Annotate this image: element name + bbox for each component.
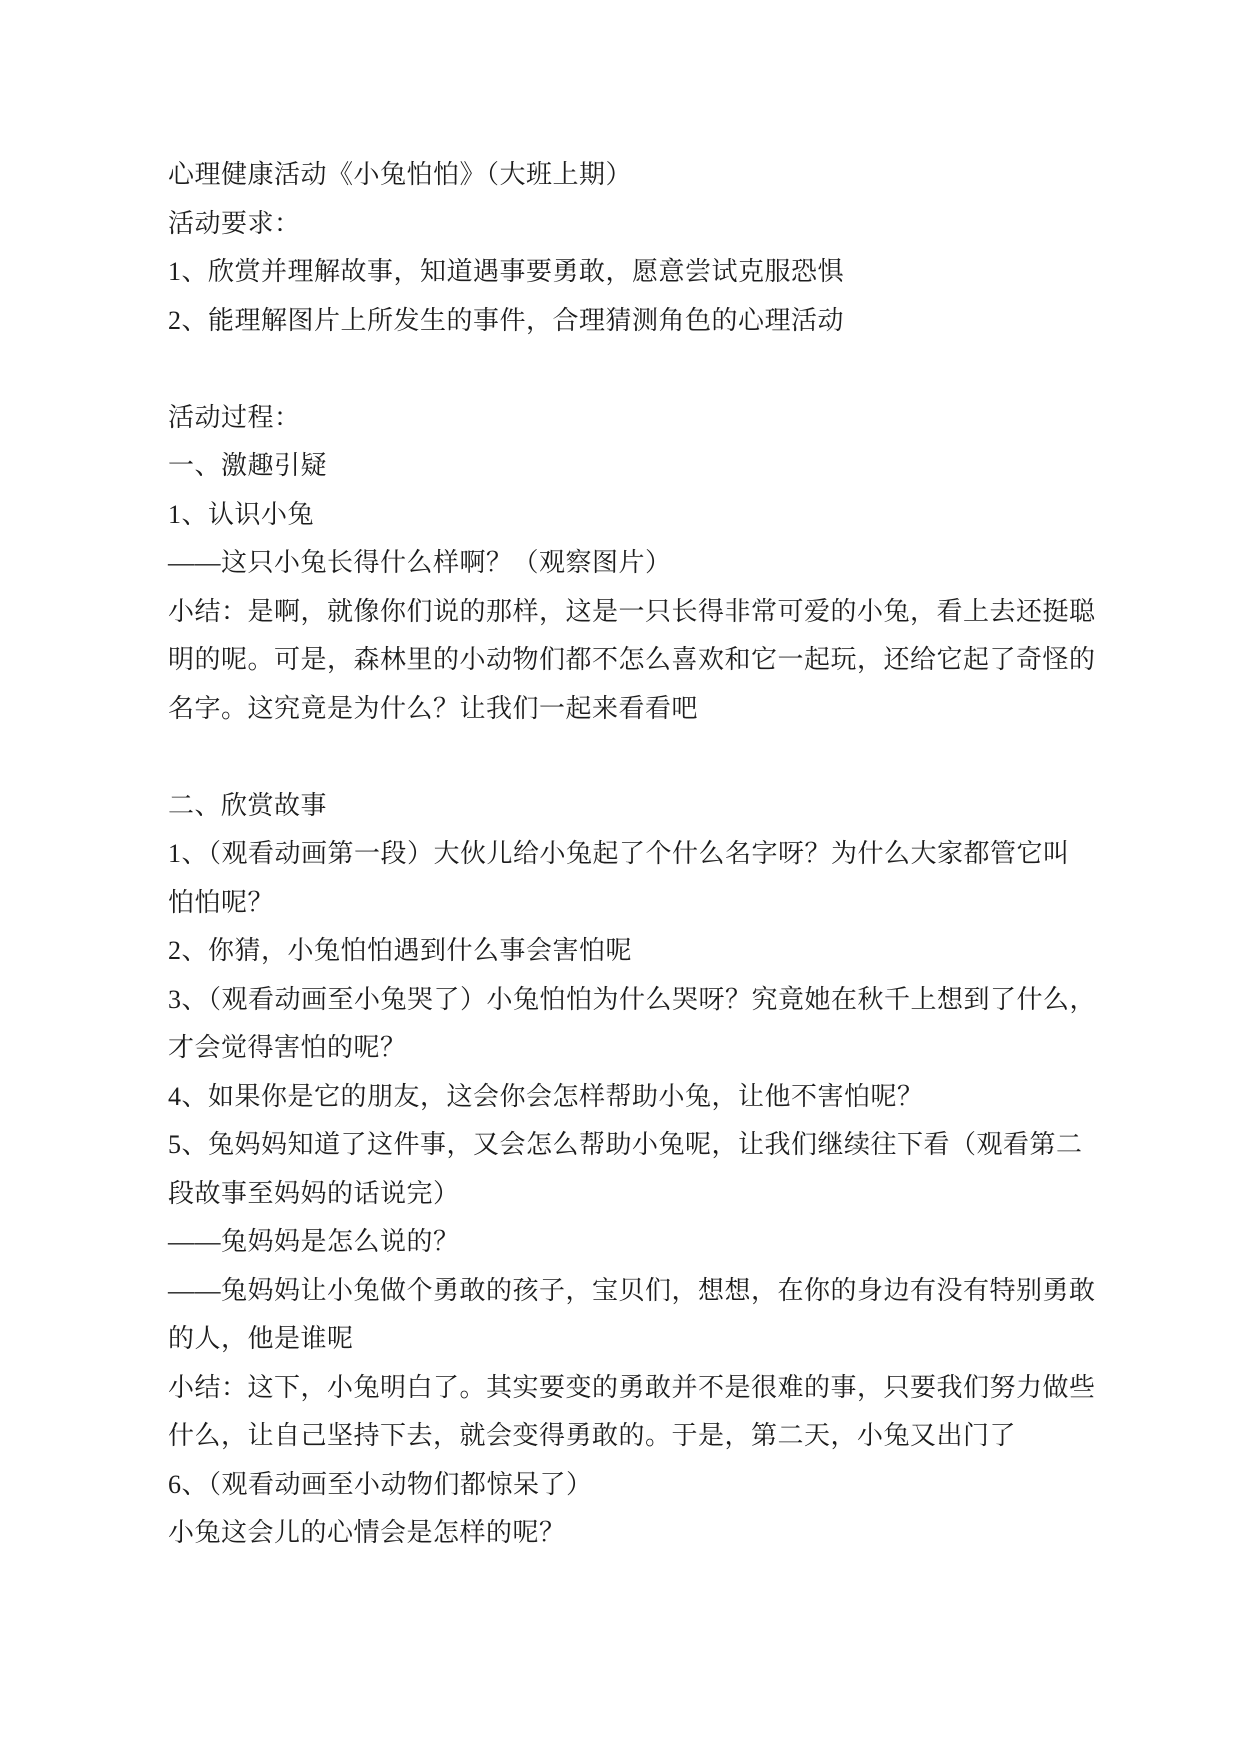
- blank-line-1: [168, 345, 1131, 394]
- section-2-step-5-line-2: 段故事至妈妈的话说完）: [168, 1170, 1131, 1219]
- dash-mother-brave-line-1: ——兔妈妈让小兔做个勇敢的孩子，宝贝们，想想，在你的身边有没有特别勇敢: [168, 1267, 1131, 1316]
- dash-mother-said: ——兔妈妈是怎么说的？: [168, 1218, 1131, 1267]
- closing-question: 小兔这会儿的心情会是怎样的呢？: [168, 1509, 1131, 1558]
- section-1-dash-question: ——这只小兔长得什么样啊？（观察图片）: [168, 539, 1131, 588]
- section-2-step-5-line-1: 5、兔妈妈知道了这件事，又会怎么帮助小兔呢，让我们继续往下看（观看第二: [168, 1121, 1131, 1170]
- section-2-step-6: 6、（观看动画至小动物们都惊呆了）: [168, 1461, 1131, 1510]
- section-2-step-1-line-2: 怕怕呢？: [168, 879, 1131, 928]
- section-1-step-1: 1、认识小兔: [168, 491, 1131, 540]
- section-1-heading: 一、激趣引疑: [168, 442, 1131, 491]
- doc-title-line: 心理健康活动《小兔怕怕》（大班上期）: [168, 151, 1131, 200]
- section-2-step-3-line-2: 才会觉得害怕的呢？: [168, 1024, 1131, 1073]
- section-2-step-3-line-1: 3、（观看动画至小兔哭了）小兔怕怕为什么哭呀？究竟她在秋千上想到了什么，: [168, 976, 1131, 1025]
- requirements-heading: 活动要求：: [168, 200, 1131, 249]
- summary-2-line-1: 小结：这下，小兔明白了。其实要变的勇敢并不是很难的事，只要我们努力做些: [168, 1364, 1131, 1413]
- summary-2-line-2: 什么，让自己坚持下去，就会变得勇敢的。于是，第二天，小兔又出门了: [168, 1412, 1131, 1461]
- summary-1-line-3: 名字。这究竟是为什么？让我们一起来看看吧: [168, 685, 1131, 734]
- summary-1-line-2: 明的呢。可是，森林里的小动物们都不怎么喜欢和它一起玩，还给它起了奇怪的: [168, 636, 1131, 685]
- section-2-step-4: 4、如果你是它的朋友，这会你会怎样帮助小兔，让他不害怕呢？: [168, 1073, 1131, 1122]
- blank-line-2: [168, 733, 1131, 782]
- requirement-item-1: 1、欣赏并理解故事，知道遇事要勇敢，愿意尝试克服恐惧: [168, 248, 1131, 297]
- summary-1-line-1: 小结：是啊，就像你们说的那样，这是一只长得非常可爱的小兔，看上去还挺聪: [168, 588, 1131, 637]
- section-2-step-2: 2、你猜，小兔怕怕遇到什么事会害怕呢: [168, 927, 1131, 976]
- section-2-step-1-line-1: 1、（观看动画第一段）大伙儿给小兔起了个什么名字呀？为什么大家都管它叫: [168, 830, 1131, 879]
- requirement-item-2: 2、能理解图片上所发生的事件，合理猜测角色的心理活动: [168, 297, 1131, 346]
- document-page: 心理健康活动《小兔怕怕》（大班上期） 活动要求： 1、欣赏并理解故事，知道遇事要…: [0, 0, 1241, 1754]
- section-2-heading: 二、欣赏故事: [168, 782, 1131, 831]
- dash-mother-brave-line-2: 的人，他是谁呢: [168, 1315, 1131, 1364]
- process-heading: 活动过程：: [168, 394, 1131, 443]
